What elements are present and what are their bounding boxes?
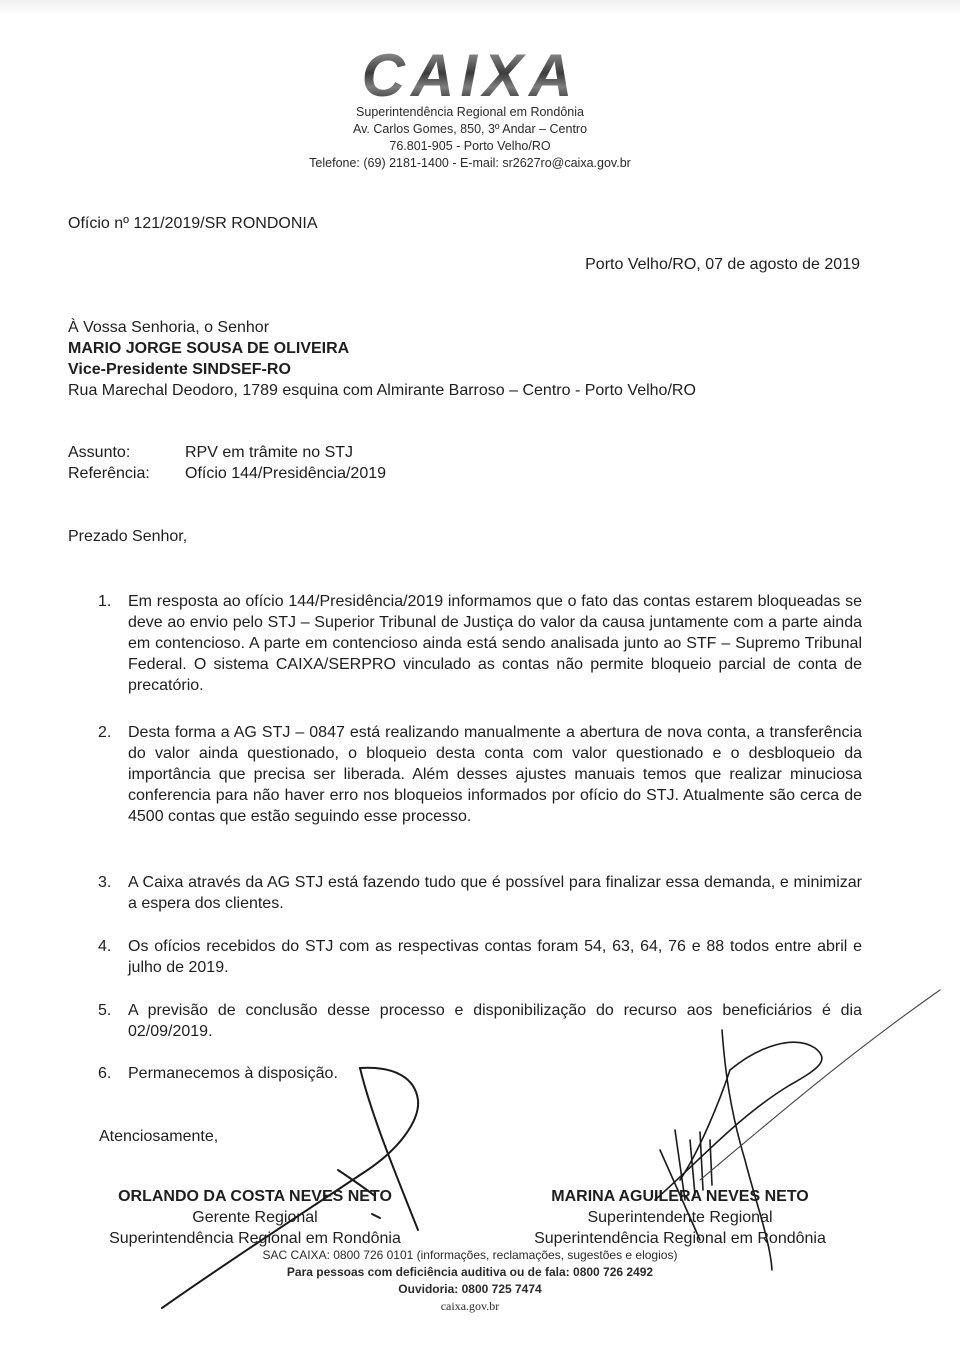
reference-label: Referência:	[68, 463, 185, 484]
item-text: Desta forma a AG STJ – 0847 está realiza…	[128, 722, 862, 827]
signatory-unit: Superintendência Regional em Rondônia	[70, 1228, 440, 1249]
item-text: A previsão de conclusão desse processo e…	[128, 1000, 862, 1042]
item-number: 4.	[98, 936, 128, 978]
signatory-right: MARINA AGUILERA NEVES NETO Superintenden…	[495, 1186, 865, 1249]
reference-value: Ofício 144/Presidência/2019	[185, 463, 386, 484]
paragraph-item: 6. Permanecemos à disposição.	[98, 1063, 862, 1084]
letterhead-line: 76.801-905 - Porto Velho/RO	[260, 138, 680, 155]
subject-field: Assunto: RPV em trâmite no STJ	[68, 442, 353, 463]
signatory-left: ORLANDO DA COSTA NEVES NETO Gerente Regi…	[70, 1186, 440, 1249]
item-number: 3.	[98, 872, 128, 914]
reference-field: Referência: Ofício 144/Presidência/2019	[68, 463, 386, 484]
item-text: Em resposta ao ofício 144/Presidência/20…	[128, 591, 862, 696]
subject-label: Assunto:	[68, 442, 185, 463]
signatory-role: Superintendente Regional	[495, 1207, 865, 1228]
document-reference-number: Ofício nº 121/2019/SR RONDONIA	[68, 213, 318, 234]
recipient-address: Rua Marechal Deodoro, 1789 esquina com A…	[68, 380, 696, 401]
paragraph-item: 5. A previsão de conclusão desse process…	[98, 1000, 862, 1042]
recipient-name: MARIO JORGE SOUSA DE OLIVEIRA	[68, 338, 349, 359]
footer-ouvidoria: Ouvidoria: 0800 725 7474	[190, 1281, 750, 1298]
letterhead-line: Superintendência Regional em Rondônia	[260, 104, 680, 121]
letter-page: CAIXA Superintendência Regional em Rondô…	[0, 0, 960, 1369]
signatory-name: MARINA AGUILERA NEVES NETO	[495, 1186, 865, 1207]
subject-value: RPV em trâmite no STJ	[185, 442, 353, 463]
item-text: Os ofícios recebidos do STJ com as respe…	[128, 936, 862, 978]
recipient-title: Vice-Presidente SINDSEF-RO	[68, 359, 291, 380]
recipient-salutation: À Vossa Senhoria, o Senhor	[68, 317, 269, 338]
letterhead-address: Superintendência Regional em Rondônia Av…	[260, 104, 680, 172]
paragraph-item: 3. A Caixa através da AG STJ está fazend…	[98, 872, 862, 914]
footer-website: caixa.gov.br	[190, 1298, 750, 1315]
item-number: 1.	[98, 591, 128, 696]
caixa-logo: CAIXA	[360, 48, 580, 104]
paragraph-item: 4. Os ofícios recebidos do STJ com as re…	[98, 936, 862, 978]
letterhead-line: Av. Carlos Gomes, 850, 3º Andar – Centro	[260, 121, 680, 138]
item-text: A Caixa através da AG STJ está fazendo t…	[128, 872, 862, 914]
signatory-name: ORLANDO DA COSTA NEVES NETO	[70, 1186, 440, 1207]
signatory-role: Gerente Regional	[70, 1207, 440, 1228]
footer-sac: SAC CAIXA: 0800 726 0101 (informações, r…	[190, 1247, 750, 1264]
paragraph-item: 1. Em resposta ao ofício 144/Presidência…	[98, 591, 862, 696]
greeting: Prezado Senhor,	[68, 526, 187, 547]
item-text: Permanecemos à disposição.	[128, 1063, 862, 1084]
letterhead-line: Telefone: (69) 2181-1400 - E-mail: sr262…	[260, 155, 680, 172]
item-number: 5.	[98, 1000, 128, 1042]
letter-footer: SAC CAIXA: 0800 726 0101 (informações, r…	[190, 1247, 750, 1315]
closing: Atenciosamente,	[99, 1126, 218, 1147]
footer-accessibility: Para pessoas com deficiência auditiva ou…	[190, 1264, 750, 1281]
paragraph-item: 2. Desta forma a AG STJ – 0847 está real…	[98, 722, 862, 827]
signatory-unit: Superintendência Regional em Rondônia	[495, 1228, 865, 1249]
place-and-date: Porto Velho/RO, 07 de agosto de 2019	[585, 254, 860, 275]
item-number: 6.	[98, 1063, 128, 1084]
item-number: 2.	[98, 722, 128, 827]
